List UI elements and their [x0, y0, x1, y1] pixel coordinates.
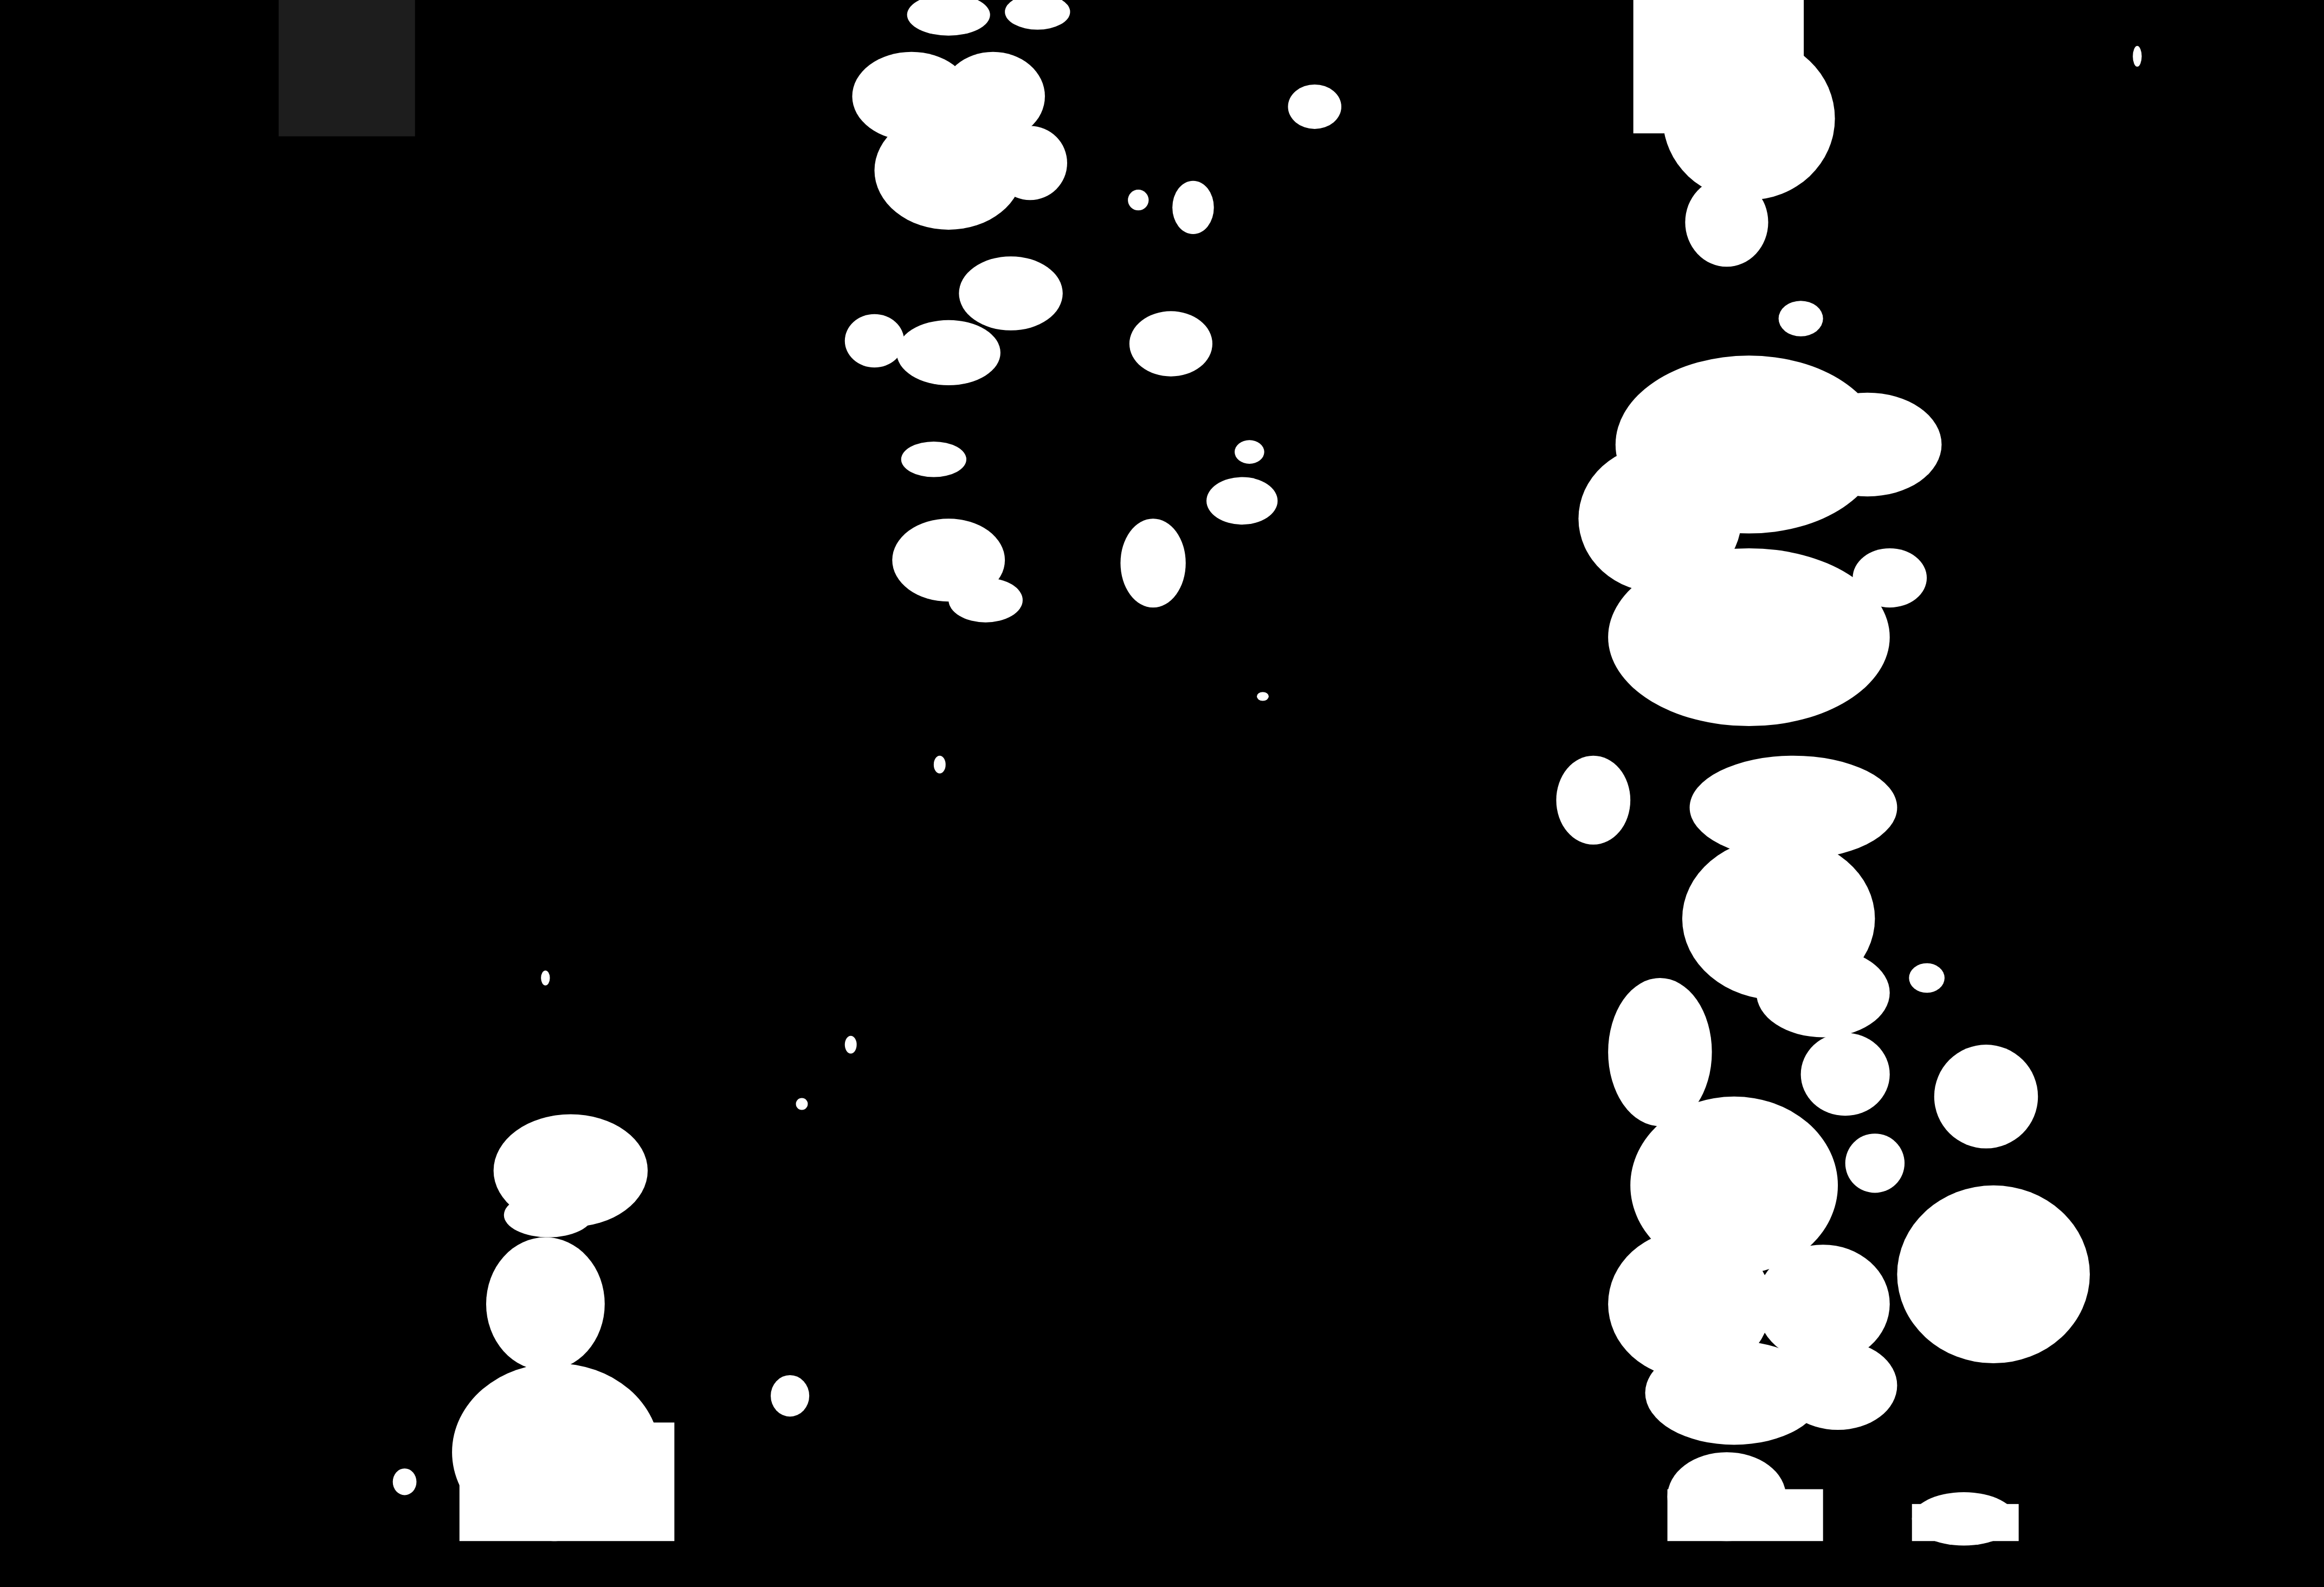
faint-top-left-patch — [279, 0, 415, 137]
cloud-mask-image — [0, 0, 2324, 1587]
